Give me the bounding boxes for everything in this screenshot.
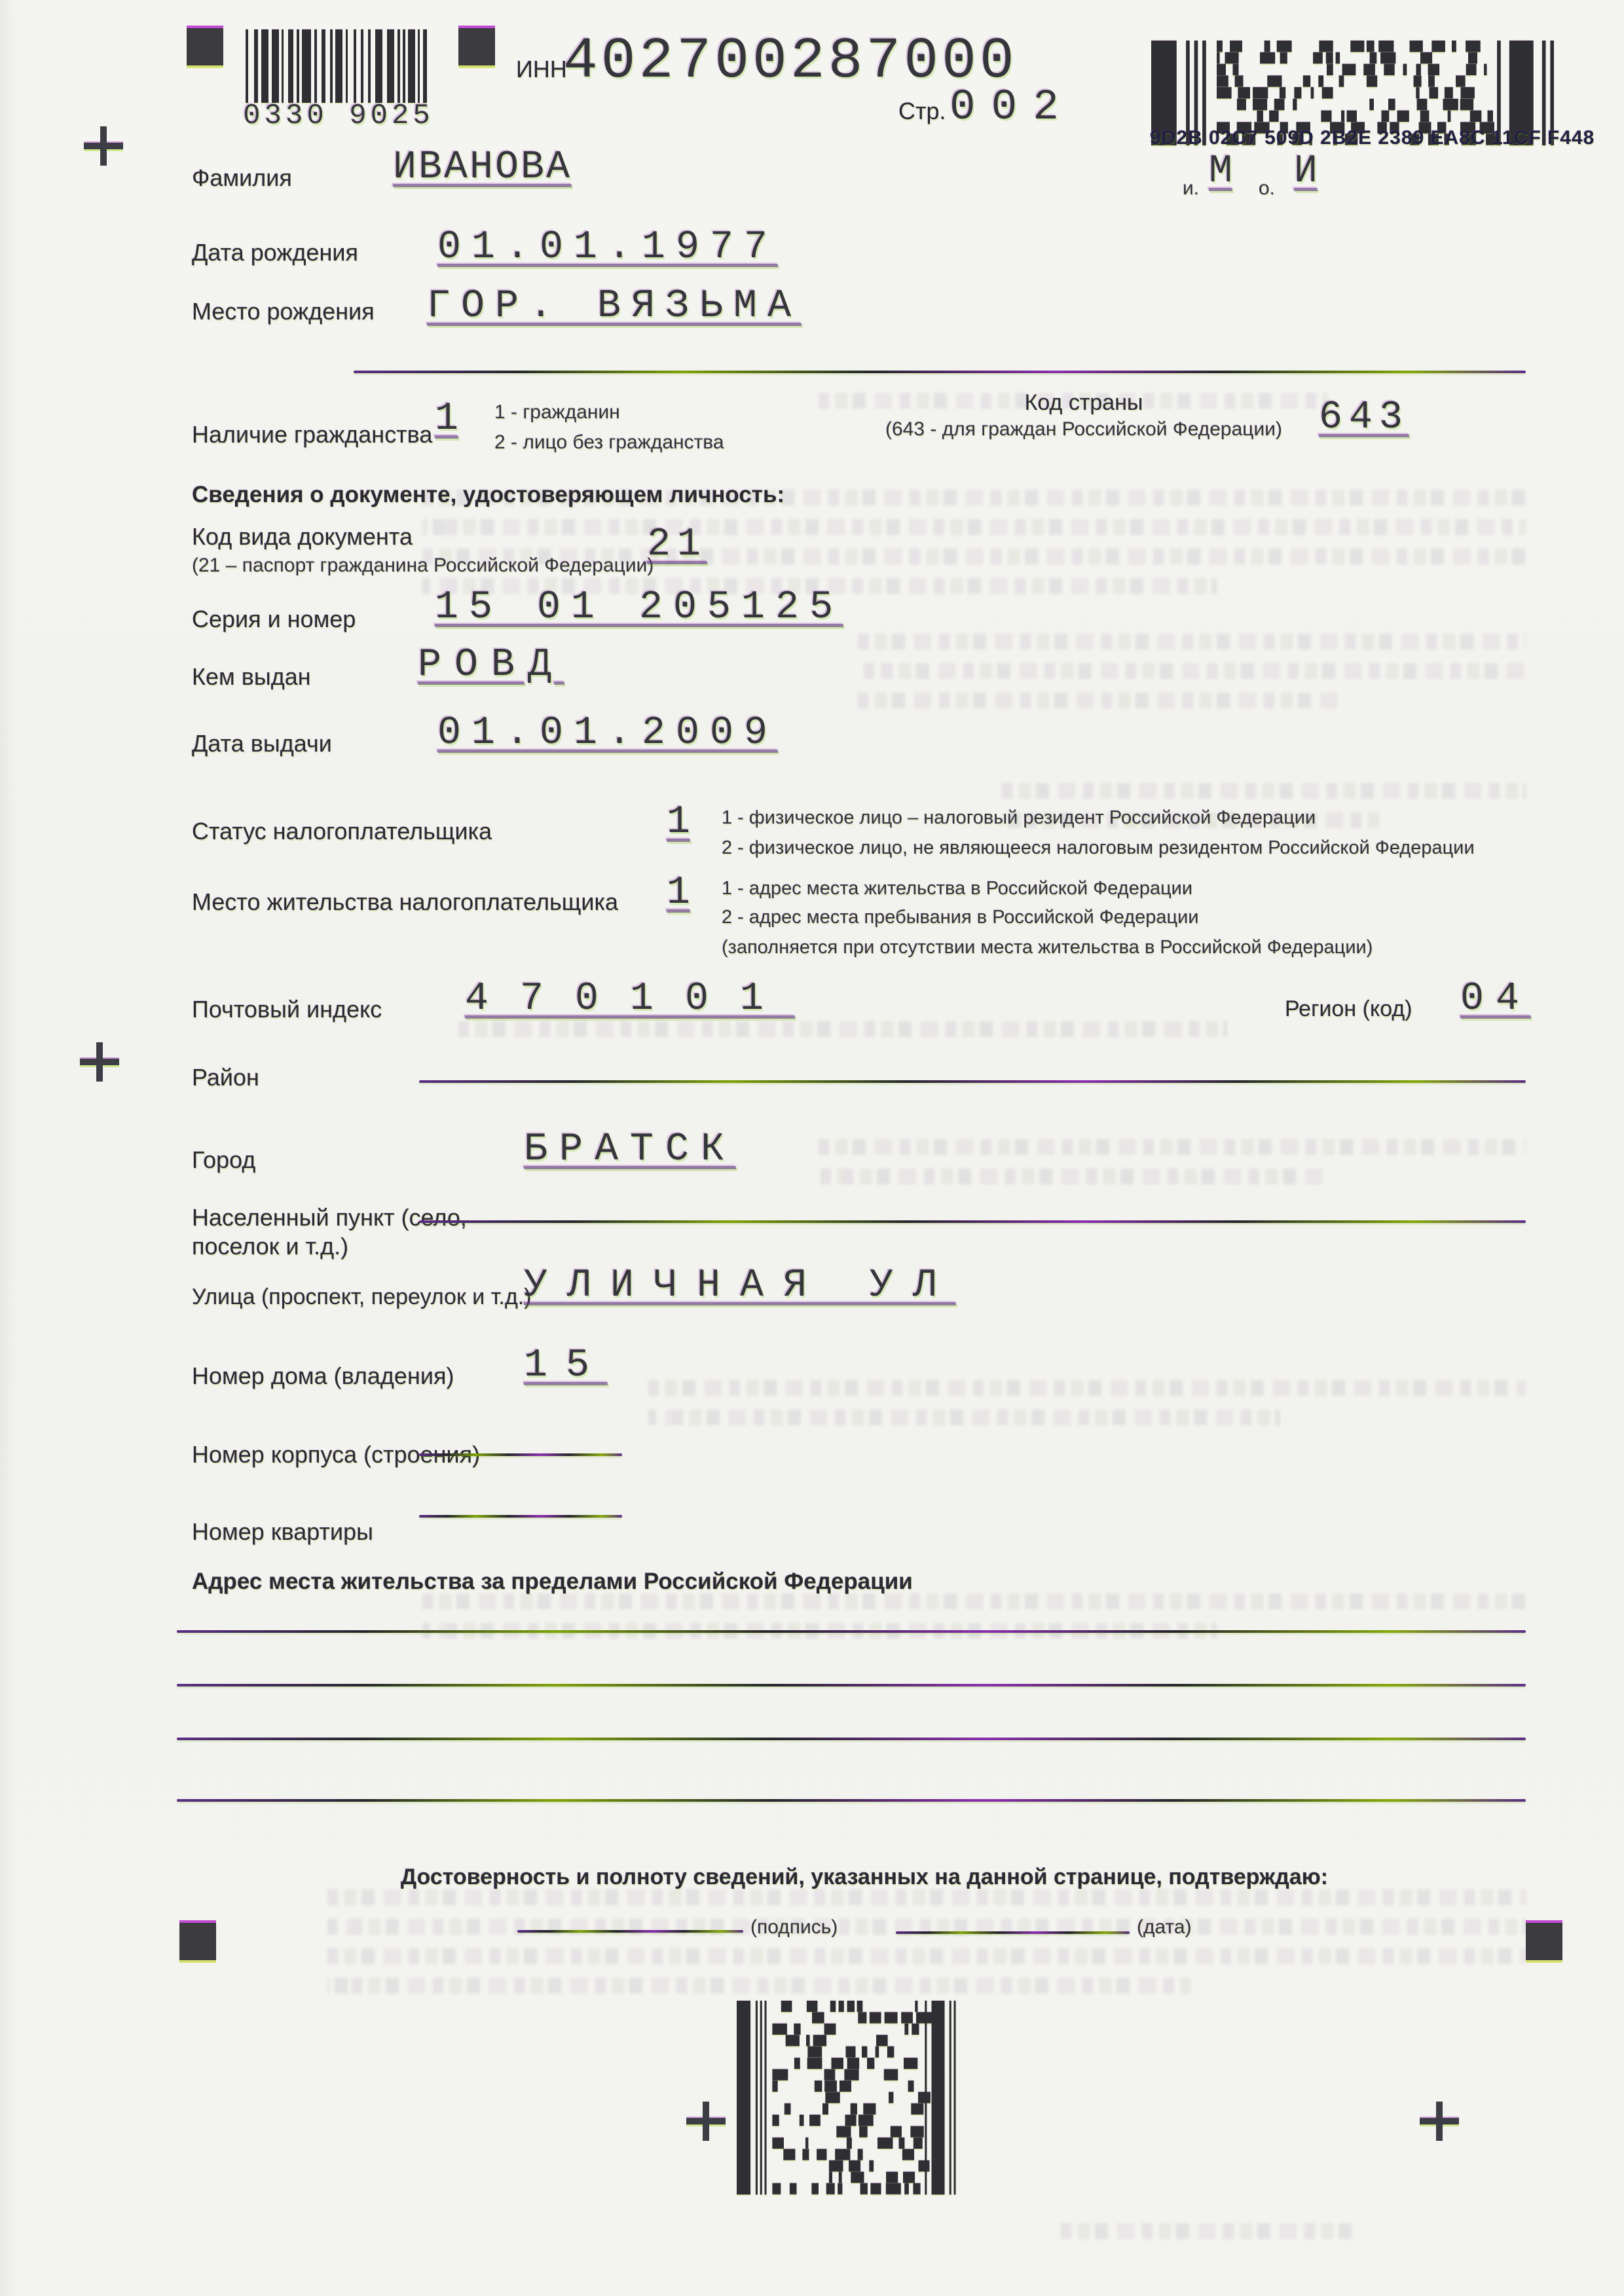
- bleedthrough-text: [819, 1139, 1526, 1198]
- residence-value: 1: [667, 871, 690, 916]
- signature-label: (подпись): [750, 1913, 838, 1942]
- crop-mark-cross: [686, 2102, 726, 2141]
- country-code-hint: (643 - для граждан Российской Федерации): [815, 415, 1352, 444]
- field-rule: [419, 1080, 1526, 1083]
- doc-kind-label: Код вида документа: [192, 524, 413, 550]
- postal-code-value: 470101: [465, 977, 795, 1022]
- field-rule-short: [419, 1453, 622, 1456]
- birth-date-value: 01.01.1977: [437, 225, 778, 270]
- doc-issue-date-value: 01.01.2009: [437, 711, 778, 756]
- birth-place-label: Место рождения: [192, 299, 375, 325]
- taxpayer-status-value: 1: [667, 800, 690, 845]
- postal-code-label: Почтовый индекс: [192, 996, 382, 1023]
- bleedthrough-text: [422, 1594, 1526, 1652]
- doc-kind-value: 21: [647, 522, 707, 568]
- form-barcode-digits: 0330 9025: [237, 100, 440, 133]
- date-label: (дата): [1137, 1913, 1192, 1942]
- foreign-address-title: Адрес места жительства за пределами Росс…: [192, 1569, 913, 1594]
- citizenship-hint-2: 2 - лицо без гражданства: [494, 428, 724, 457]
- bleedthrough-text: [458, 1021, 1526, 1051]
- doc-kind-hint: (21 – паспорт гражданина Российской Феде…: [192, 551, 654, 580]
- reg-mark-square: [1526, 1923, 1562, 1960]
- date-rule: [896, 1931, 1130, 1934]
- field-rule-long: [177, 1684, 1526, 1686]
- country-code-label: Код страны: [815, 390, 1352, 415]
- field-rule-long: [177, 1630, 1526, 1633]
- confirmation-statement: Достоверность и полноту сведений, указан…: [327, 1865, 1401, 1889]
- doc-issue-date-label: Дата выдачи: [192, 731, 332, 757]
- street-label: Улица (проспект, переулок и т.д.): [192, 1285, 532, 1309]
- citizenship-value: 1: [435, 397, 458, 442]
- house-number-value: 15: [524, 1343, 608, 1389]
- crop-mark-cross: [84, 126, 123, 166]
- reg-mark-square: [458, 28, 495, 65]
- citizenship-hint-1: 1 - гражданин: [494, 398, 620, 427]
- residence-hint-3: (заполняется при отсутствии места житель…: [722, 934, 1373, 961]
- residence-hint-2: 2 - адрес места пребывания в Российской …: [722, 903, 1199, 931]
- page-number-label: Стр.: [898, 98, 946, 124]
- citizenship-label: Наличие гражданства: [192, 422, 432, 448]
- field-rule: [354, 371, 1526, 373]
- reg-mark-square: [187, 28, 223, 65]
- field-rule-long: [177, 1738, 1526, 1740]
- surname-label: Фамилия: [192, 165, 292, 191]
- bleedthrough-text: [327, 1889, 1526, 2007]
- city-label: Город: [192, 1147, 255, 1173]
- locality-label-line2: поселок и т.д.): [192, 1233, 348, 1260]
- country-code-block: Код страны (643 - для граждан Российской…: [815, 390, 1352, 444]
- bleedthrough-text: [858, 634, 1526, 722]
- locality-label-line1: Населенный пункт (село,: [192, 1205, 467, 1231]
- field-rule: [419, 1220, 1526, 1223]
- inn-label: ИНН: [516, 56, 567, 82]
- middle-initial-label: о.: [1259, 174, 1275, 203]
- birth-date-label: Дата рождения: [192, 240, 358, 266]
- taxpayer-status-hint-1: 1 - физическое лицо – налоговый резидент…: [722, 804, 1316, 831]
- surname-value: ИВАНОВА: [393, 145, 572, 191]
- residence-label: Место жительства налогоплательщика: [192, 889, 618, 915]
- form-barcode-1d: [246, 29, 430, 103]
- apartment-number-label: Номер квартиры: [192, 1519, 373, 1545]
- taxpayer-status-label: Статус налогоплательщика: [192, 818, 492, 845]
- scanned-tax-form-page: 0330 9025 ИНН 402700287000 Стр. 002 9D2B…: [0, 0, 1624, 2296]
- street-value: УЛИЧНАЯ УЛ: [524, 1264, 956, 1309]
- form-barcode-2d-bottom: [737, 2001, 959, 2195]
- first-initial-value: М: [1209, 149, 1232, 194]
- field-rule-short: [419, 1515, 622, 1518]
- country-code-value: 643: [1319, 395, 1409, 441]
- page-number-value: 002: [950, 82, 1075, 132]
- doc-series-value: 15 01 205125: [435, 585, 843, 630]
- middle-initial-value: И: [1294, 149, 1318, 194]
- first-initial-label: и.: [1183, 174, 1199, 203]
- region-code-value: 04: [1460, 977, 1531, 1022]
- doc-series-label: Серия и номер: [192, 606, 356, 632]
- bleedthrough-text: [1061, 2223, 1467, 2253]
- crop-mark-cross: [80, 1042, 119, 1082]
- barcode-hex-string: 9D2B 02C7 509D 2B2E 2389 EA8C 11CF F448: [1150, 127, 1595, 149]
- crop-mark-cross: [1420, 2102, 1459, 2141]
- bleedthrough-text: [648, 1380, 1526, 1439]
- doc-issuer-value: РОВД: [418, 643, 564, 688]
- identity-doc-section-title: Сведения о документе, удостоверяющем лич…: [192, 482, 784, 507]
- reg-mark-square: [179, 1923, 216, 1960]
- field-rule-long: [177, 1799, 1526, 1802]
- city-value: БРАТСК: [524, 1127, 736, 1173]
- residence-hint-1: 1 - адрес места жительства в Российской …: [722, 875, 1192, 902]
- birth-place-value: ГОР. ВЯЗЬМА: [427, 284, 802, 329]
- house-number-label: Номер дома (владения): [192, 1363, 454, 1389]
- doc-issuer-label: Кем выдан: [192, 664, 311, 690]
- region-code-label: Регион (код): [1285, 996, 1412, 1021]
- taxpayer-status-hint-2: 2 - физическое лицо, не являющееся налог…: [722, 834, 1475, 862]
- signature-rule: [517, 1930, 743, 1933]
- district-label: Район: [192, 1065, 259, 1091]
